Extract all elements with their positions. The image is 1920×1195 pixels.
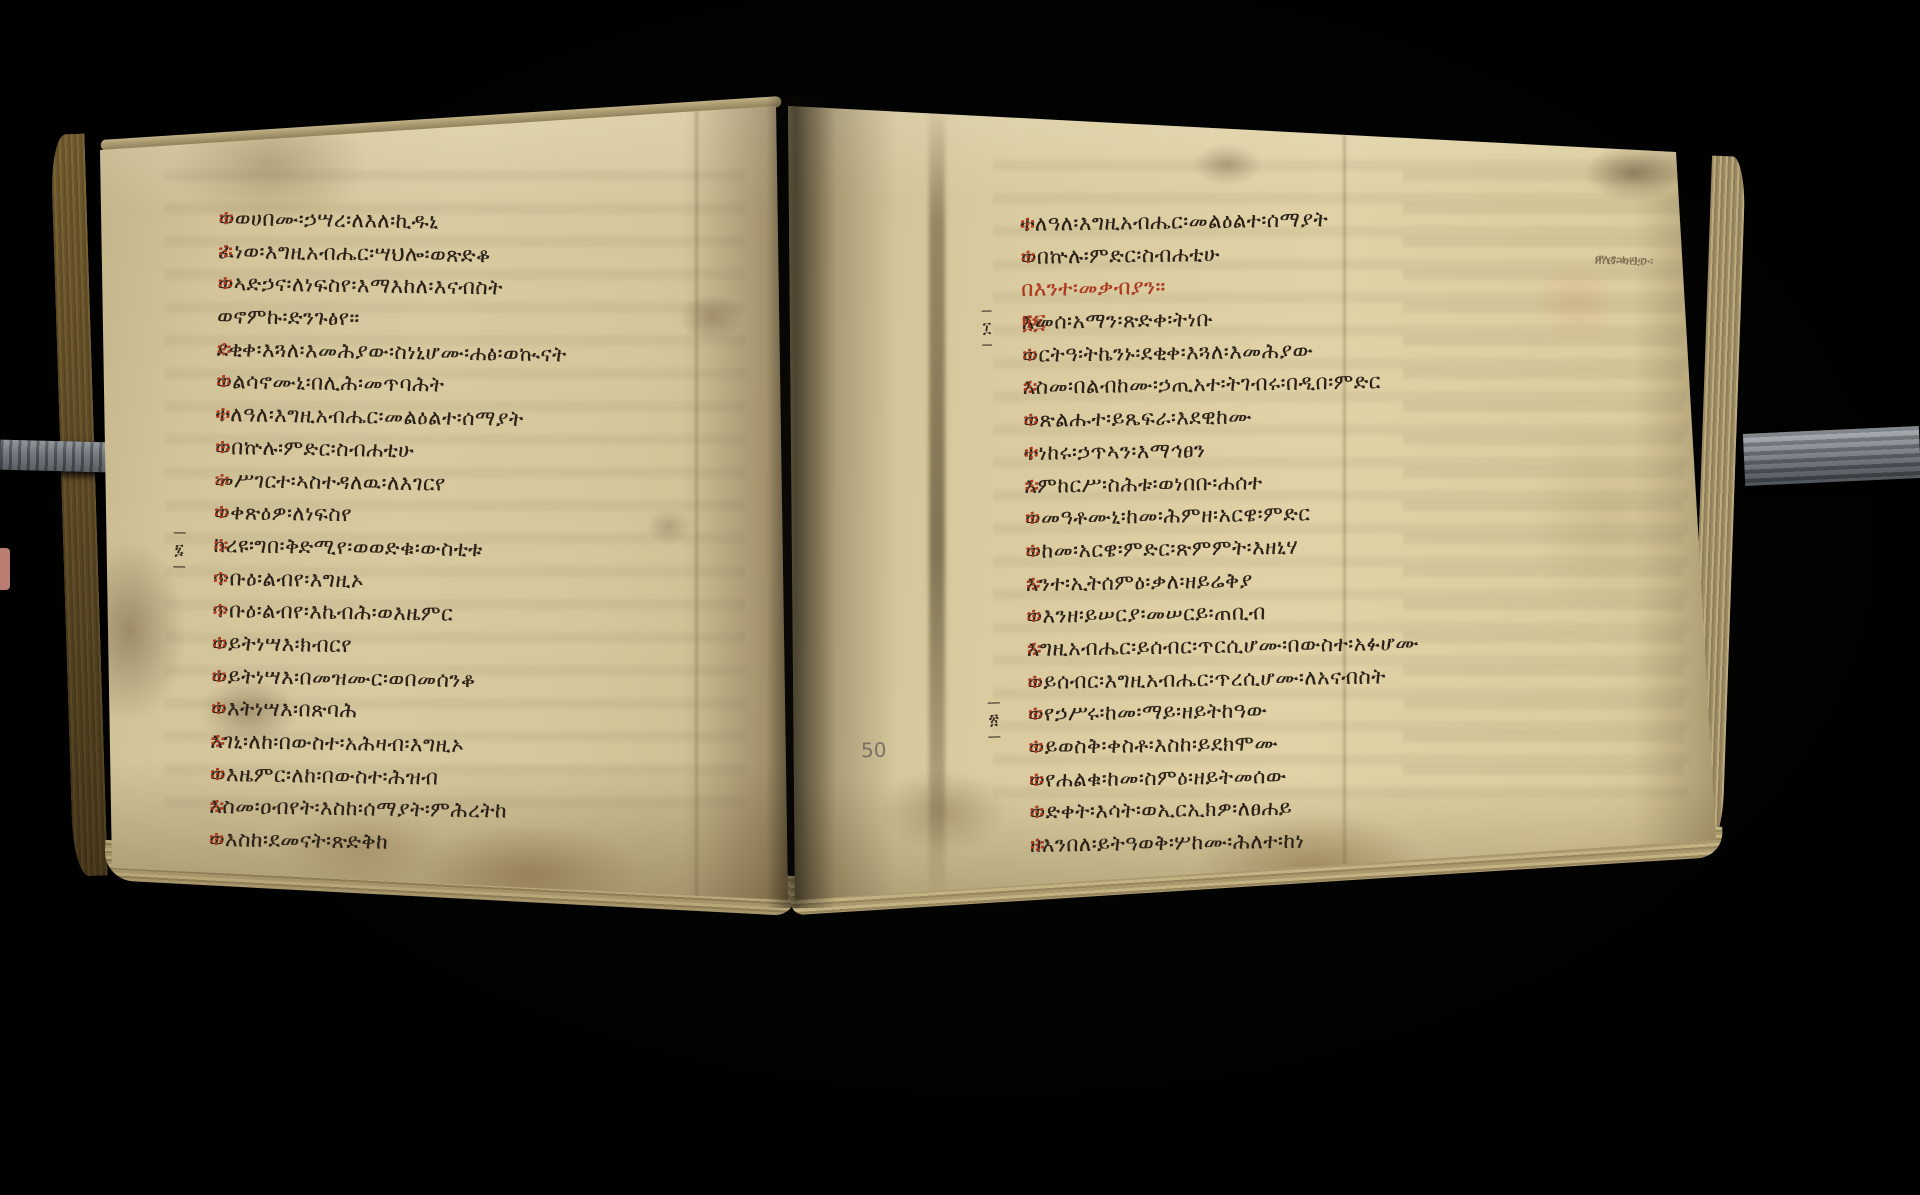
text-segment: ፨ bbox=[216, 333, 232, 366]
text-segment: ወእትነሣእ፡በጽባሕ bbox=[211, 692, 358, 727]
text-segment: ወመዓቶሙኒ፡ከመ፡ሕምዘ፡አርዌ፡ምድር bbox=[1025, 498, 1311, 535]
text-line: ወእንዘ፡ይሠርያ፡መሠርይ፡ጠቢብ፨ bbox=[1026, 600, 1027, 633]
text-segment: ፨ bbox=[213, 562, 229, 595]
text-line: ወልሳኖሙኒ፡በሊሕ፡መጥባሕት፨ bbox=[216, 365, 217, 398]
text-line: እስመ፡ዐብየት፡እስከ፡ሰማያት፡ምሕረትከ፨ bbox=[209, 790, 210, 823]
text-line: ወእትነሣእ፡በጽባሕ፨ bbox=[211, 692, 212, 725]
text-segment: ፨ bbox=[211, 660, 227, 693]
text-line: ፲፶፯እመሰ፡አማን፡ጽድቀ፡ትነቡ፨ bbox=[1022, 306, 1023, 339]
text-line: ወኖምኩ፡ድንጉፅየ። bbox=[217, 300, 218, 333]
left-page-text: ወወሀበሙ፡ኃሣረ፡ለእለ፡ኪዱኒ፨ፈነወ፡እግዚአብሔር፡ሣህሎ፡ወጽድቆ፨ወ… bbox=[209, 202, 219, 856]
text-segment: ፈነወ፡እግዚአብሔር፡ሣህሎ፡ወጽድቆ bbox=[218, 235, 491, 272]
text-line: ፈነወ፡እግዚአብሔር፡ሣህሎ፡ወጽድቆ፨ bbox=[218, 235, 219, 268]
text-segment: እመሰ፡አማን፡ጽድቀ፡ትነቡ bbox=[1022, 303, 1214, 339]
text-segment: እገኒ፡ለከ፡በውስተ፡አሕዛብ፡እግዚኦ bbox=[210, 725, 464, 762]
text-segment: ፨ bbox=[218, 202, 234, 235]
text-segment: ወጽልሑተ፡ይጼፍራ፡እደዊከሙ bbox=[1023, 401, 1252, 437]
text-line: ወየሐልቁ፡ከመ፡ስምዕ፡ዘይትመሰው፨ bbox=[1029, 764, 1030, 797]
text-line: ወመዓቶሙኒ፡ከመ፡ሕምዘ፡አርዌ፡ምድር፨ bbox=[1025, 502, 1026, 535]
text-segment: ፨ bbox=[214, 463, 230, 496]
text-segment: ፨ bbox=[209, 823, 225, 856]
text-segment: ፨ bbox=[212, 594, 228, 627]
page-stack-fore-edge-left bbox=[50, 134, 107, 877]
text-segment: ፨ bbox=[210, 725, 226, 758]
text-line: ተለዓለ፡እግዚአብሔር፡መልዕልተ፡ሰማያት፨ bbox=[215, 398, 216, 431]
text-segment: ፨ bbox=[210, 758, 226, 791]
text-segment: ፨ bbox=[1028, 698, 1044, 731]
text-line: ፳ወየኃሥሩ፡ከመ፡ማይ፡ዘይትከዓው፨ bbox=[1028, 698, 1029, 731]
text-segment: ዘእንበለ፡ይትዓወቅ፡ሦከሙ፡ሕለተ፡ከነ bbox=[1030, 825, 1305, 862]
text-segment: ፨ bbox=[213, 529, 229, 562]
text-segment: ተለዓለ፡እግዚአብሔር፡መልዕልተ፡ሰማያት bbox=[1020, 203, 1328, 241]
text-line: ወበኵሉ፡ምድር፡ስብሐቲሁ፨ bbox=[1021, 241, 1022, 274]
text-segment: ወወሀበሙ፡ኃሣረ፡ለእለ፡ኪዱኒ bbox=[218, 202, 438, 238]
text-line: ፯ከረዩ፡ግበ፡ቅድሚየ፡ወወድቁ፡ውስቲቱ፨ bbox=[213, 529, 214, 562]
text-segment: ወይወስቅ፡ቀስቶ፡እስከ፡ይደክሞሙ bbox=[1028, 727, 1278, 764]
text-segment: ወኣድኃና፡ለነፍስየ፡እማእከለ፡እናብስት bbox=[217, 267, 503, 304]
text-segment: ፨ bbox=[1026, 567, 1042, 600]
text-segment: ፨ bbox=[1030, 829, 1046, 862]
text-line: እስመ፡በልብከሙ፡ኃጢአተ፡ትገብሩ፡በዲበ፡ምድር፨ bbox=[1023, 371, 1024, 404]
text-line: እገኒ፡ለከ፡በውስተ፡አሕዛብ፡እግዚኦ፨ bbox=[210, 725, 211, 758]
text-line: ተለዓለ፡እግዚአብሔር፡መልዕልተ፡ሰማያት፨ bbox=[1020, 208, 1021, 241]
text-segment: ፨ bbox=[1027, 633, 1043, 666]
text-segment: ወርትዓ፡ትኬንኑ፡ደቂቀ፡እጓለ፡እመሕያው bbox=[1022, 334, 1313, 371]
text-segment: እስመ፡በልብከሙ፡ኃጢአተ፡ትገብሩ፡በዲበ፡ምድር bbox=[1023, 366, 1382, 404]
text-line: ወቀጽዕዎ፡ለነፍስየ፨ bbox=[214, 496, 215, 529]
text-segment: ደቂቀ፡እጓለ፡እመሕያው፡ስነኒሆሙ፡ሐፅ፡ወኲናት bbox=[216, 333, 567, 371]
text-segment: በእንተ፡መቃብያን። bbox=[1021, 271, 1166, 306]
text-line: በእንተ፡መቃብያን። bbox=[1021, 273, 1022, 306]
text-segment: ፨ bbox=[1023, 371, 1039, 404]
pink-ribbon-tab bbox=[0, 548, 10, 590]
text-segment: ፨ bbox=[1024, 469, 1040, 502]
text-segment: ፨ bbox=[214, 496, 230, 529]
text-segment: ተነከሩ፡ኃጥኣን፡እማኅፀን bbox=[1024, 434, 1206, 470]
text-line: ወርትዓ፡ትኬንኑ፡ደቂቀ፡እጓለ፡እመሕያው፨ bbox=[1022, 339, 1023, 372]
margin-note-line: ምሮ፡ወዲሁ፡ bbox=[1594, 248, 1653, 275]
text-segment: ወበኵሉ፡ምድር፡ስብሐቲሁ bbox=[215, 431, 415, 467]
text-segment: ጥቡዕ፡ልብየ፡እኬብሕ፡ወእዜምር bbox=[212, 594, 453, 630]
text-segment: ፨ bbox=[1027, 665, 1043, 698]
text-segment: ወኖምኩ፡ድንጉፅየ። bbox=[217, 300, 360, 335]
text-segment: ፨ bbox=[1026, 600, 1042, 633]
text-line: ወይሰብር፡እግዚአብሔር፡ጥረሲሆሙ፡ለአናብስት፨ bbox=[1027, 666, 1028, 699]
text-line: ተነከሩ፡ኃጥኣን፡እማኅፀን፨ bbox=[1024, 437, 1025, 470]
text-segment: ወእዜምር፡ለከ፡በውስተ፡ሕዝብ bbox=[210, 758, 439, 794]
text-segment: ወየሐልቁ፡ከመ፡ስምዕ፡ዘይትመሰው bbox=[1029, 760, 1287, 797]
text-segment: ወከመ፡አርዌ፡ምድር፡ጽምምት፡እዘኒሃ bbox=[1025, 531, 1298, 568]
text-segment: ፨ bbox=[1029, 763, 1045, 796]
left-page: ወወሀበሙ፡ኃሣረ፡ለእለ፡ኪዱኒ፨ፈነወ፡እግዚአብሔር፡ሣህሎ፡ወጽድቆ፨ወ… bbox=[95, 100, 795, 905]
text-line: ዘእንበለ፡ይትዓወቅ፡ሦከሙ፡ሕለተ፡ከነ፨ bbox=[1030, 829, 1031, 862]
text-line: እምከርሥ፡ስሕቱ፡ወነበቡ፡ሐሰተ፨ bbox=[1024, 469, 1025, 502]
text-segment: ከረዩ፡ግበ፡ቅድሚየ፡ወወድቁ፡ውስቲቱ bbox=[213, 529, 483, 566]
text-segment: ፨ bbox=[1025, 502, 1041, 535]
margin-numeral: ፯ bbox=[173, 532, 185, 567]
page-number: 50 bbox=[861, 738, 887, 762]
text-segment: መሥገርተ፡ኣስተዳለዉ፡ለእገርየ bbox=[214, 463, 446, 499]
book-cradle-strap-right bbox=[1743, 426, 1920, 486]
margin-numeral: ፲ bbox=[982, 311, 993, 346]
text-segment: ፨ bbox=[1020, 208, 1036, 241]
text-segment: እንተ፡ኢትሰምዕ፡ቃለ፡ዘይሬቅያ bbox=[1026, 564, 1253, 600]
text-segment: እምከርሥ፡ስሕቱ፡ወነበቡ፡ሐሰተ bbox=[1024, 466, 1263, 502]
text-segment: ፨ bbox=[1028, 731, 1044, 764]
text-segment: ወይትነሣእ፡በመዝሙር፡ወበመሰንቆ bbox=[211, 660, 476, 697]
text-segment: ተለዓለ፡እግዚአብሔር፡መልዕልተ፡ሰማያት bbox=[215, 398, 523, 436]
text-line: እንተ፡ኢትሰምዕ፡ቃለ፡ዘይሬቅያ፨ bbox=[1026, 568, 1027, 601]
text-segment: ወቀጽዕዎ፡ለነፍስየ bbox=[214, 496, 352, 531]
text-segment: ፨ bbox=[218, 235, 234, 268]
text-segment: ፨ bbox=[215, 431, 231, 464]
text-segment: ፨ bbox=[1022, 306, 1038, 339]
right-page-text: ተለዓለ፡እግዚአብሔር፡መልዕልተ፡ሰማያት፨ወበኵሉ፡ምድር፡ስብሐቲሁ፨በ… bbox=[1020, 208, 1030, 862]
fold-crease-left-page bbox=[695, 100, 698, 905]
text-segment: ፨ bbox=[209, 790, 225, 823]
text-line: ወይትነሣእ፡በመዝሙር፡ወበመሰንቆ፨ bbox=[211, 660, 212, 693]
photo-stage: ወወሀበሙ፡ኃሣረ፡ለእለ፡ኪዱኒ፨ፈነወ፡እግዚአብሔር፡ሣህሎ፡ወጽድቆ፨ወ… bbox=[0, 0, 1920, 1195]
right-page: ተለዓለ፡እግዚአብሔር፡መልዕልተ፡ሰማያት፨ወበኵሉ፡ምድር፡ስብሐቲሁ፨በ… bbox=[783, 100, 1728, 908]
text-segment: እስመ፡ዐብየት፡እስከ፡ሰማያት፡ምሕረትከ bbox=[209, 790, 507, 827]
text-segment: ወየኃሥሩ፡ከመ፡ማይ፡ዘይትከዓው bbox=[1028, 694, 1268, 730]
text-segment: ወይትነሣእ፡ክብርየ bbox=[212, 627, 352, 662]
text-line: ወይትነሣእ፡ክብርየ፨ bbox=[212, 627, 213, 660]
text-line: ወበኵሉ፡ምድር፡ስብሐቲሁ፨ bbox=[215, 431, 216, 464]
text-segment: ፨ bbox=[211, 692, 227, 725]
text-segment: ፨ bbox=[1029, 796, 1045, 829]
text-segment: ወእስከ፡ደመናት፡ጽድቅከ bbox=[209, 823, 389, 859]
text-line: ወከመ፡አርዌ፡ምድር፡ጽምምት፡እዘኒሃ፨ bbox=[1025, 535, 1026, 568]
text-segment: ፨ bbox=[1022, 338, 1038, 371]
text-line: ወጽልሑተ፡ይጼፍራ፡እደዊከሙ፨ bbox=[1023, 404, 1024, 437]
text-line: ወወሀበሙ፡ኃሣረ፡ለእለ፡ኪዱኒ፨ bbox=[218, 202, 219, 235]
text-segment: ወድቀት፡እሳት፡ወኢርኢክዎ፡ለፀሐይ bbox=[1029, 792, 1292, 829]
text-segment: ፨ bbox=[216, 365, 232, 398]
text-segment: ወልሳኖሙኒ፡በሊሕ፡መጥባሕት bbox=[216, 365, 445, 401]
text-segment: ወእንዘ፡ይሠርያ፡መሠርይ፡ጠቢብ bbox=[1026, 596, 1266, 632]
text-line: ጥቡዕ፡ልብየ፡እግዚኦ፨ bbox=[213, 562, 214, 595]
text-segment: ወበኵሉ፡ምድር፡ስብሐቲሁ bbox=[1021, 238, 1221, 274]
text-line: ወይወስቅ፡ቀስቶ፡እስከ፡ይደክሞሙ፨ bbox=[1028, 731, 1029, 764]
fold-crease-right-page bbox=[1343, 100, 1346, 908]
text-segment: ፨ bbox=[212, 627, 228, 660]
text-segment: ፨ bbox=[217, 267, 233, 300]
text-segment: ፨ bbox=[1024, 437, 1040, 470]
gutter-grime-streak bbox=[929, 100, 945, 908]
text-segment: ፨ bbox=[215, 398, 231, 431]
book-cradle-strap-left bbox=[0, 440, 108, 473]
text-line: ጥቡዕ፡ልብየ፡እኬብሕ፡ወእዜምር፨ bbox=[212, 594, 213, 627]
text-line: ደቂቀ፡እጓለ፡እመሕያው፡ስነኒሆሙ፡ሐፅ፡ወኲናት፨ bbox=[216, 333, 217, 366]
text-line: ወእስከ፡ደመናት፡ጽድቅከ፨ bbox=[209, 823, 210, 856]
text-line: ወድቀት፡እሳት፡ወኢርኢክዎ፡ለፀሐይ፨ bbox=[1029, 796, 1030, 829]
text-line: ወኣድኃና፡ለነፍስየ፡እማእከለ፡እናብስት፨ bbox=[217, 267, 218, 300]
text-segment: ጥቡዕ፡ልብየ፡እግዚኦ bbox=[213, 562, 364, 597]
text-line: መሥገርተ፡ኣስተዳለዉ፡ለእገርየ፨ bbox=[214, 463, 215, 496]
text-segment: ፨ bbox=[1025, 535, 1041, 568]
text-segment: ፨ bbox=[1021, 240, 1037, 273]
text-line: እግዚአብሔር፡ይሰብር፡ጥርሲሆሙ፡በውስተ፡አፉሆሙ፨ bbox=[1027, 633, 1028, 666]
text-segment: ወይሰብር፡እግዚአብሔር፡ጥረሲሆሙ፡ለአናብስት bbox=[1027, 660, 1386, 698]
text-segment: ፨ bbox=[1023, 404, 1039, 437]
margin-numeral: ፳ bbox=[988, 703, 1001, 738]
text-line: ወእዜምር፡ለከ፡በውስተ፡ሕዝብ፨ bbox=[210, 758, 211, 791]
